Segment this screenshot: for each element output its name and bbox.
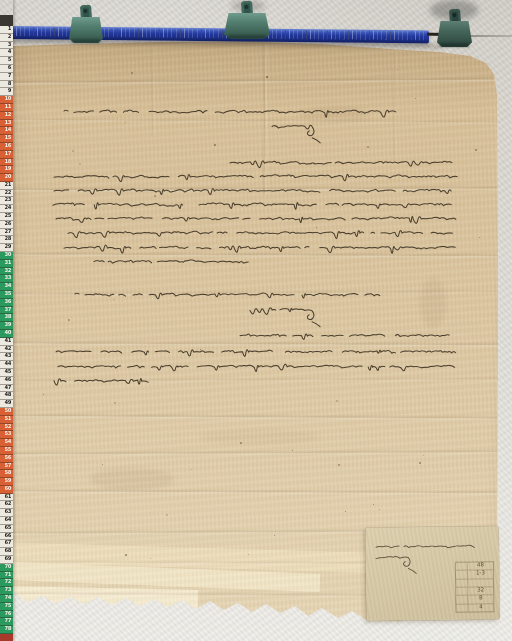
tape-number: 18 [0, 159, 13, 167]
paper-speck [214, 144, 216, 146]
tape-number: 51 [0, 416, 13, 424]
paper-stain [300, 106, 370, 122]
tape-number: 33 [0, 275, 13, 283]
tape-number: 7 [0, 73, 13, 81]
tape-number: 20 [0, 174, 13, 182]
tape-number: 53 [0, 431, 13, 439]
paper-crease [0, 376, 512, 384]
slip-grid-value: 8 [468, 596, 493, 602]
paper-crease [0, 488, 512, 496]
tape-number: 19 [0, 166, 13, 174]
paper-crease [0, 340, 512, 348]
tape-number: 54 [0, 439, 13, 447]
clip-shadow [72, 39, 101, 43]
paper-speck [292, 450, 293, 451]
tape-number: 10 [0, 96, 13, 104]
tape-end-cap [0, 634, 13, 641]
tape-number: 5 [0, 57, 13, 65]
paper-speck [200, 349, 201, 350]
tape-number: 77 [0, 618, 13, 626]
paper-speck [113, 299, 114, 300]
tape-number: 65 [0, 525, 13, 533]
tape-number: 36 [0, 299, 13, 307]
tape-number: 49 [0, 400, 13, 408]
tape-number: 27 [0, 229, 13, 237]
paper-crease [0, 117, 512, 126]
tape-number: 16 [0, 143, 13, 151]
binder-clip-right [437, 9, 472, 55]
paper-speck [114, 402, 116, 404]
slip-grid-value: 32 [468, 588, 493, 594]
tape-number: 3 [0, 42, 13, 50]
tape-number: 21 [0, 182, 13, 190]
paper-speck [191, 469, 192, 470]
tape-number: 37 [0, 307, 13, 315]
paper-crease [392, 52, 398, 162]
slip-grid-row: 32 [456, 586, 493, 595]
tape-number: 66 [0, 533, 13, 541]
tape-number: 62 [0, 501, 13, 509]
paper-speck [379, 509, 380, 510]
paper-speck [373, 504, 374, 505]
tape-number: 39 [0, 322, 13, 330]
tape-number: 74 [0, 595, 13, 603]
paper-speck [68, 319, 70, 321]
slip-number-grid: 481-33284 [455, 561, 495, 612]
tape-number: 73 [0, 587, 13, 595]
tape-number: 38 [0, 314, 13, 322]
tape-number: 50 [0, 408, 13, 416]
tape-number: 76 [0, 611, 13, 619]
tape-number: 9 [0, 88, 13, 96]
tape-number: 12 [0, 112, 13, 120]
paper-speck [274, 535, 275, 536]
tape-number: 8 [0, 81, 13, 89]
tape-number: 26 [0, 221, 13, 229]
tape-number: 67 [0, 540, 13, 548]
paper-stain [420, 278, 446, 328]
tape-number: 68 [0, 548, 13, 556]
paper-crease [150, 46, 156, 136]
tape-number: 35 [0, 291, 13, 299]
paper-stain [200, 430, 320, 444]
paper-speck [240, 442, 242, 444]
slip-grid-row: 8 [456, 595, 493, 604]
tape-number: 64 [0, 517, 13, 525]
paper-speck [43, 394, 44, 395]
paper-crease [0, 185, 512, 193]
paper-speck [367, 146, 369, 148]
tape-number: 48 [0, 392, 13, 400]
paper-speck [345, 511, 346, 512]
paper-speck [316, 227, 317, 228]
tape-number: 59 [0, 478, 13, 486]
slip-grid-row: 48 [456, 562, 493, 570]
clip-shadow [228, 35, 267, 39]
tape-number: 2 [0, 34, 13, 42]
paper-crease [0, 413, 512, 422]
clip-shadow [440, 43, 469, 47]
paper-speck [150, 558, 151, 559]
catalog-slip: 481-33284 [365, 526, 499, 621]
tape-number: 60 [0, 486, 13, 494]
tape-number: 43 [0, 353, 13, 361]
tape-end-cap [0, 15, 13, 26]
tape-number: 25 [0, 213, 13, 221]
paper-speck [336, 400, 338, 402]
paper-speck [154, 195, 156, 197]
slip-grid-value: 48 [468, 563, 493, 569]
tape-number: 30 [0, 252, 13, 260]
tape-number: 69 [0, 556, 13, 564]
tape-number: 45 [0, 369, 13, 377]
under-sheet-edge [10, 562, 320, 592]
paper-crease [0, 251, 512, 259]
tape-number: 15 [0, 135, 13, 143]
paper-speck [419, 462, 421, 464]
tape-number: 75 [0, 603, 13, 611]
tape-number: 11 [0, 104, 13, 112]
paper-speck [415, 98, 416, 99]
tape-number: 46 [0, 377, 13, 385]
slip-grid-row [456, 578, 493, 587]
under-sheet-edge [10, 543, 400, 574]
tape-number: 22 [0, 190, 13, 198]
paper-speck [72, 150, 74, 152]
paper-speck [423, 455, 424, 456]
slip-grid-value: 4 [468, 605, 493, 611]
tape-number: 4 [0, 49, 13, 57]
tape-number: 47 [0, 385, 13, 393]
paper-crease [0, 76, 512, 86]
tape-number: 61 [0, 494, 13, 502]
tape-number: 31 [0, 260, 13, 268]
paper-speck [125, 122, 126, 123]
paper-speck [79, 163, 81, 165]
tape-number: 63 [0, 509, 13, 517]
tape-number: 1 [0, 26, 13, 34]
paper-speck [131, 72, 133, 74]
tape-number: 41 [0, 338, 13, 346]
tape-number: 14 [0, 127, 13, 135]
slip-grid-row: 4 [456, 603, 493, 612]
tape-number: 72 [0, 579, 13, 587]
paper-speck [166, 514, 168, 516]
paper-speck [338, 464, 340, 466]
tape-number: 44 [0, 361, 13, 369]
paper-speck [125, 554, 127, 556]
paper-speck [397, 69, 398, 70]
slip-grid-row: 1-3 [456, 570, 493, 579]
paper-speck [102, 464, 103, 465]
paper-crease [262, 44, 268, 194]
slip-grid-value: 1-3 [468, 571, 493, 577]
paper-crease [0, 289, 512, 298]
tape-number: 13 [0, 120, 13, 128]
tape-number: 52 [0, 424, 13, 432]
tape-number: 57 [0, 463, 13, 471]
tape-number: 28 [0, 236, 13, 244]
paper-speck [248, 554, 249, 555]
tape-number: 17 [0, 151, 13, 159]
tape-number: 71 [0, 572, 13, 580]
paper-speck [479, 237, 480, 238]
paper-speck [475, 149, 477, 151]
tape-number: 40 [0, 330, 13, 338]
tape-number: 6 [0, 65, 13, 73]
tape-number: 42 [0, 346, 13, 354]
tape-number: 58 [0, 470, 13, 478]
tape-number: 55 [0, 447, 13, 455]
paper-crease [0, 449, 512, 457]
tape-number: 34 [0, 283, 13, 291]
tape-number: 32 [0, 268, 13, 276]
binder-clip-middle [224, 1, 270, 47]
photo-scene: 1234567891011121314151617181920212223242… [0, 0, 512, 641]
paper-stain [90, 468, 174, 490]
tape-number: 23 [0, 197, 13, 205]
tape-number: 56 [0, 455, 13, 463]
measuring-tape: 1234567891011121314151617181920212223242… [0, 0, 13, 641]
paper-speck [266, 76, 268, 78]
tape-number: 70 [0, 564, 13, 572]
binder-clip-left [69, 5, 103, 51]
tape-number: 78 [0, 626, 13, 634]
tape-number: 29 [0, 244, 13, 252]
tape-number: 24 [0, 205, 13, 213]
